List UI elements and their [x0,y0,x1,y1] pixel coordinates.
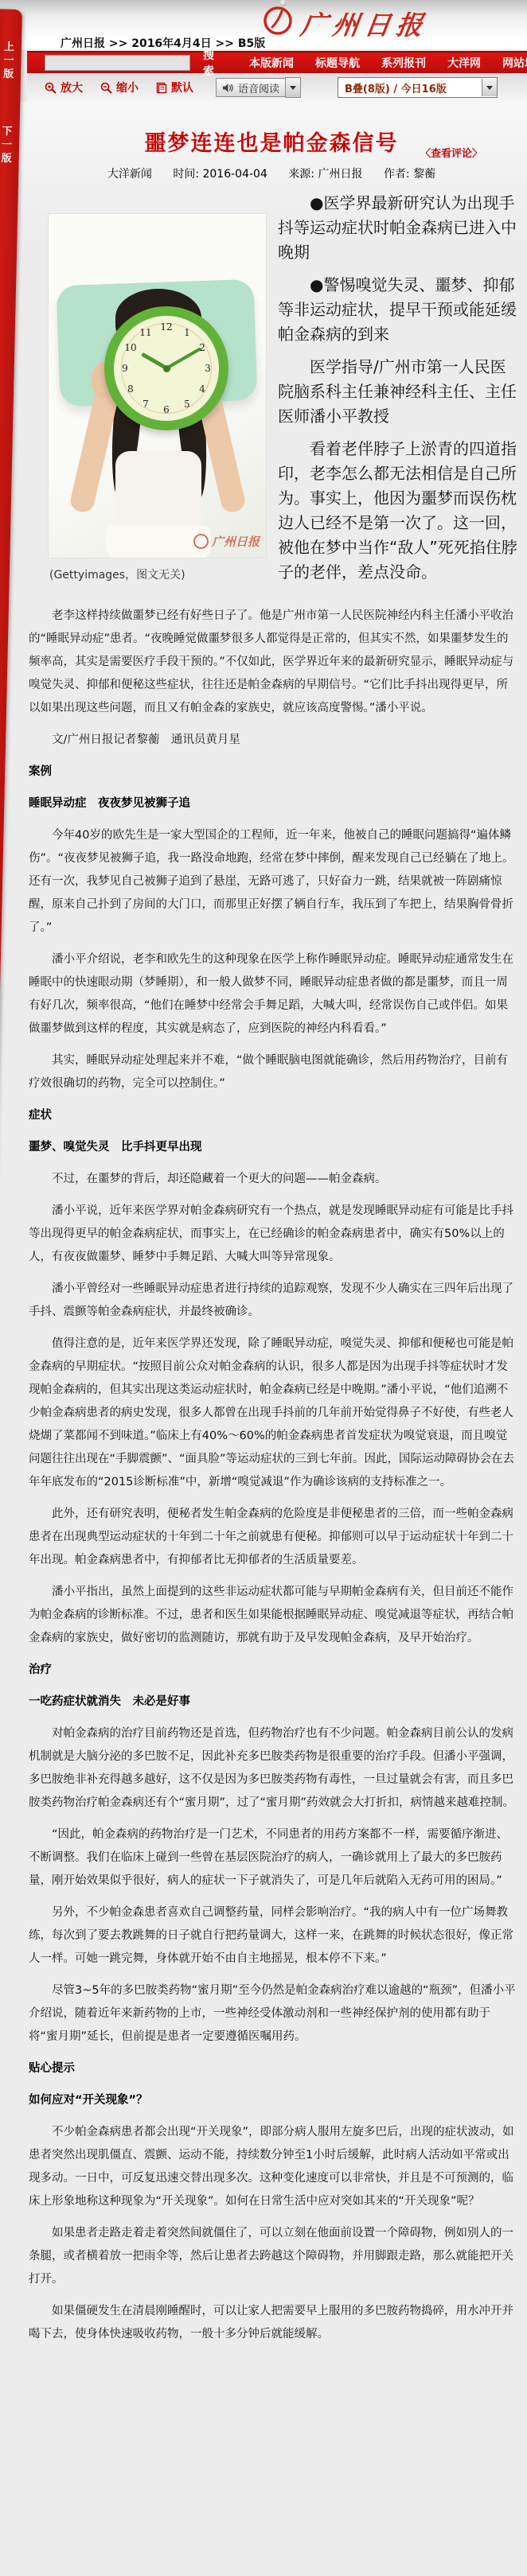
magnifier-minus-icon [100,82,112,94]
body-paragraph: 如果僵硬发生在清晨刚睡醒时，可以让家人把需要早上服用的多巴胺药物捣碎，用水冲开并… [29,2300,516,2346]
default-size-label: 默认 [171,80,193,95]
zoom-out-button[interactable]: 缩小 [100,80,139,95]
edition-select[interactable]: B叠(8版) / 今日16版 [338,77,498,98]
logo-circle-icon [260,0,296,37]
logo-pearl [280,0,287,6]
meta-origin: 来源: 广州日报 [288,168,362,181]
watermark-text: 广州日报 [212,533,260,550]
body-paragraph: 另外，不少帕金森患者喜欢自己调整药量，同样会影响治疗。“我的病人中有一位广场舞教… [29,1901,516,1971]
section-heading: 贴心提示 [29,2057,516,2080]
newspaper-logo: 广州日报 [260,0,428,42]
masthead: 广州日报 广州日报 >> 2016年4月4日 >> B5版 [0,0,527,49]
document-icon [156,82,167,94]
body-paragraph: 文/广州日报记者黎蘅 通讯员黄月星 [29,729,516,752]
meta-source: 大洋新闻 [107,168,152,181]
article-body: 老李这样持续做噩梦已经有好些日子了。他是广州市第一人民医院神经内科主任潘小平收治… [29,605,516,2355]
breadcrumb[interactable]: 广州日报 >> 2016年4月4日 >> B5版 [61,35,265,51]
voice-reading-label: 语音阅读 [238,80,279,95]
torso-graphic [115,451,201,532]
toolbar: 放大 缩小 默认 语音阅读 [27,73,527,102]
clock-number: 8 [127,383,134,395]
body-paragraph: 不少帕金森病患者都会出现“开关现象”，即部分病人服用左旋多巴后，出现的症状波动，… [29,2121,516,2213]
speaker-icon [222,83,233,93]
section-heading: 案例 [29,761,516,784]
edition-select-value: B叠(8版) / 今日16版 [338,80,482,95]
alarm-clock-graphic: 121234567891011 [104,306,228,430]
body-paragraph: 其实，睡眠异动症处理起来并不难，“做个睡眠脑电图就能确诊，然后用药物治疗，目前有… [29,1049,516,1095]
sidebar-item-prev-page[interactable]: 上一版 [0,41,15,81]
body-paragraph: 潘小平曾经对一些睡眠异动症患者进行持续的追踪观察，发现不少人确实在三四年后出现了… [29,1278,516,1324]
body-paragraph: 如果患者走路走着走着突然间就僵住了，可以立刻在他面前设置一个障碍物，例如别人的一… [29,2222,516,2291]
default-size-button[interactable]: 默认 [156,80,193,95]
nav-link-section-news[interactable]: 本版新闻 [249,55,294,71]
nav-link-sitemap[interactable]: 网站地图 [502,55,527,71]
clock-number: 12 [160,321,172,333]
view-comments-link[interactable]: 〈查看评论〉 [420,145,482,160]
body-paragraph: 老李这样持续做噩梦已经有好些日子了。他是广州市第一人民医院神经内科主任潘小平收治… [29,605,516,720]
voice-dropdown-button[interactable] [285,77,301,98]
clock-number: 6 [163,404,170,415]
section-heading: 治疗 [29,1659,516,1682]
clock-number: 4 [199,383,205,395]
clock-center-pin [163,365,170,372]
watermark-circle-icon [193,534,209,549]
voice-reading-button[interactable]: 语音阅读 [216,78,285,97]
search-button[interactable]: 搜索 [203,47,214,79]
zoom-in-label: 放大 [61,80,83,95]
body-paragraph: 尽管3~5年的多巴胺类药物“蜜月期”至今仍然是帕金森病治疗难以逾越的“瓶颈”，但… [29,1979,516,2049]
meta-time: 时间: 2016-04-04 [173,168,267,181]
clock-number: 3 [205,363,211,374]
body-paragraph: 对帕金森病的治疗目前药物还是首选，但药物治疗也有不少问题。帕金森病目前公认的发病… [29,1722,516,1815]
clock-number: 11 [139,327,151,338]
body-paragraph: 潘小平介绍说，老李和欧先生的这种现象在医学上称作睡眠异动症。睡眠异动症通常发生在… [29,948,516,1041]
clock-number: 7 [142,399,149,410]
body-paragraph: 不过，在噩梦的背后，却还隐藏着一个更大的问题——帕金森病。 [29,1168,516,1191]
clock-number: 1 [184,327,190,338]
section-heading: 睡眠异动症 夜夜梦见被狮子追 [29,792,516,815]
edition-dropdown-button[interactable] [482,79,497,96]
section-heading: 噩梦、嗅觉失灵 比手抖更早出现 [29,1136,516,1159]
clock-minute-hand [166,347,201,369]
photo-caption: (Gettyimages，图文无关) [49,566,185,582]
clock-number: 9 [122,363,128,374]
body-paragraph: 此外，还有研究表明，便秘者发生帕金森病的危险度是非便秘患者的三倍，而一些帕金森病… [29,1503,516,1572]
article-intro-column: ●医学界最新研究认为出现手抖等运动症状时帕金森病已进入中晚期●警惕嗅觉失灵、噩梦… [278,191,521,593]
magnifier-plus-icon [45,82,57,94]
body-paragraph: 医学指导/广州市第一人民医院脑系科主任兼神经科主任、主任医师潘小平教授 [278,355,521,429]
chevron-down-icon [486,86,493,90]
search-input[interactable] [45,55,190,71]
body-paragraph: 潘小平指出，虽然上面提到的这些非运动症状都可能与早期帕金森病有关，但目前还不能作… [29,1581,516,1650]
sidebar-item-next-page[interactable]: 下一版 [0,125,14,165]
nav-link-dayoo[interactable]: 大洋网 [447,55,481,71]
navbar: 搜索 本版新闻 标题导航 系列报刊 大洋网 网站地图 [27,51,527,73]
newspaper-page: 上一版 下一版 广州日报 广州日报 >> 2016年4月4日 >> B5版 搜索… [0,0,527,2576]
zoom-out-label: 缩小 [116,80,139,95]
body-paragraph: 值得注意的是，近年来医学界还发现，除了睡眠异动症，嗅觉失灵、抑郁和便秘也可能是帕… [29,1333,516,1494]
body-paragraph: 潘小平说，近年来医学界对帕金森病研究有一个热点，就是发现睡眠异动症有可能是比手抖… [29,1200,516,1269]
article-meta: 大洋新闻 时间: 2016-04-04 来源: 广州日报 作者: 黎蘅 [27,165,516,181]
body-paragraph: ●警惕嗅觉失灵、噩梦、抑郁等非运动症状，提早干预或能延缓帕金森病的到来 [278,273,521,347]
section-heading: 症状 [29,1104,516,1127]
body-paragraph: “因此，帕金森病的药物治疗是一门艺术，不同患者的用药方案都不一样，需要循序渐进、… [29,1823,516,1893]
chevron-down-icon [290,86,296,90]
nav-link-headline-nav[interactable]: 标题导航 [315,55,360,71]
section-heading: 如何应对“开关现象”？ [29,2089,516,2112]
body-paragraph: ●医学界最新研究认为出现手抖等运动症状时帕金森病已进入中晚期 [278,191,521,265]
clock-number: 10 [124,342,136,353]
clock-number: 5 [184,399,190,410]
zoom-in-button[interactable]: 放大 [45,80,83,95]
left-edition-strip: 上一版 下一版 [0,9,22,1839]
body-paragraph: 今年40岁的欧先生是一家大型国企的工程师，近一年来，他被自己的睡眠问题搞得“遍体… [29,824,516,940]
photo-watermark: 广州日报 [193,533,260,550]
body-paragraph: 看着老伴脖子上淤青的四道指印，老李怎么都无法相信是自己所为。事实上，他因为噩梦而… [278,437,521,585]
clock-number: 2 [199,342,205,353]
article-photo: 121234567891011 广州日报 [48,213,267,558]
meta-author: 作者: 黎蘅 [384,168,435,181]
logo-text: 广州日报 [299,5,431,42]
nav-links: 本版新闻 标题导航 系列报刊 大洋网 网站地图 [249,55,527,71]
nav-link-series[interactable]: 系列报刊 [381,55,426,71]
section-heading: 一吃药症状就消失 未必是好事 [29,1691,516,1714]
